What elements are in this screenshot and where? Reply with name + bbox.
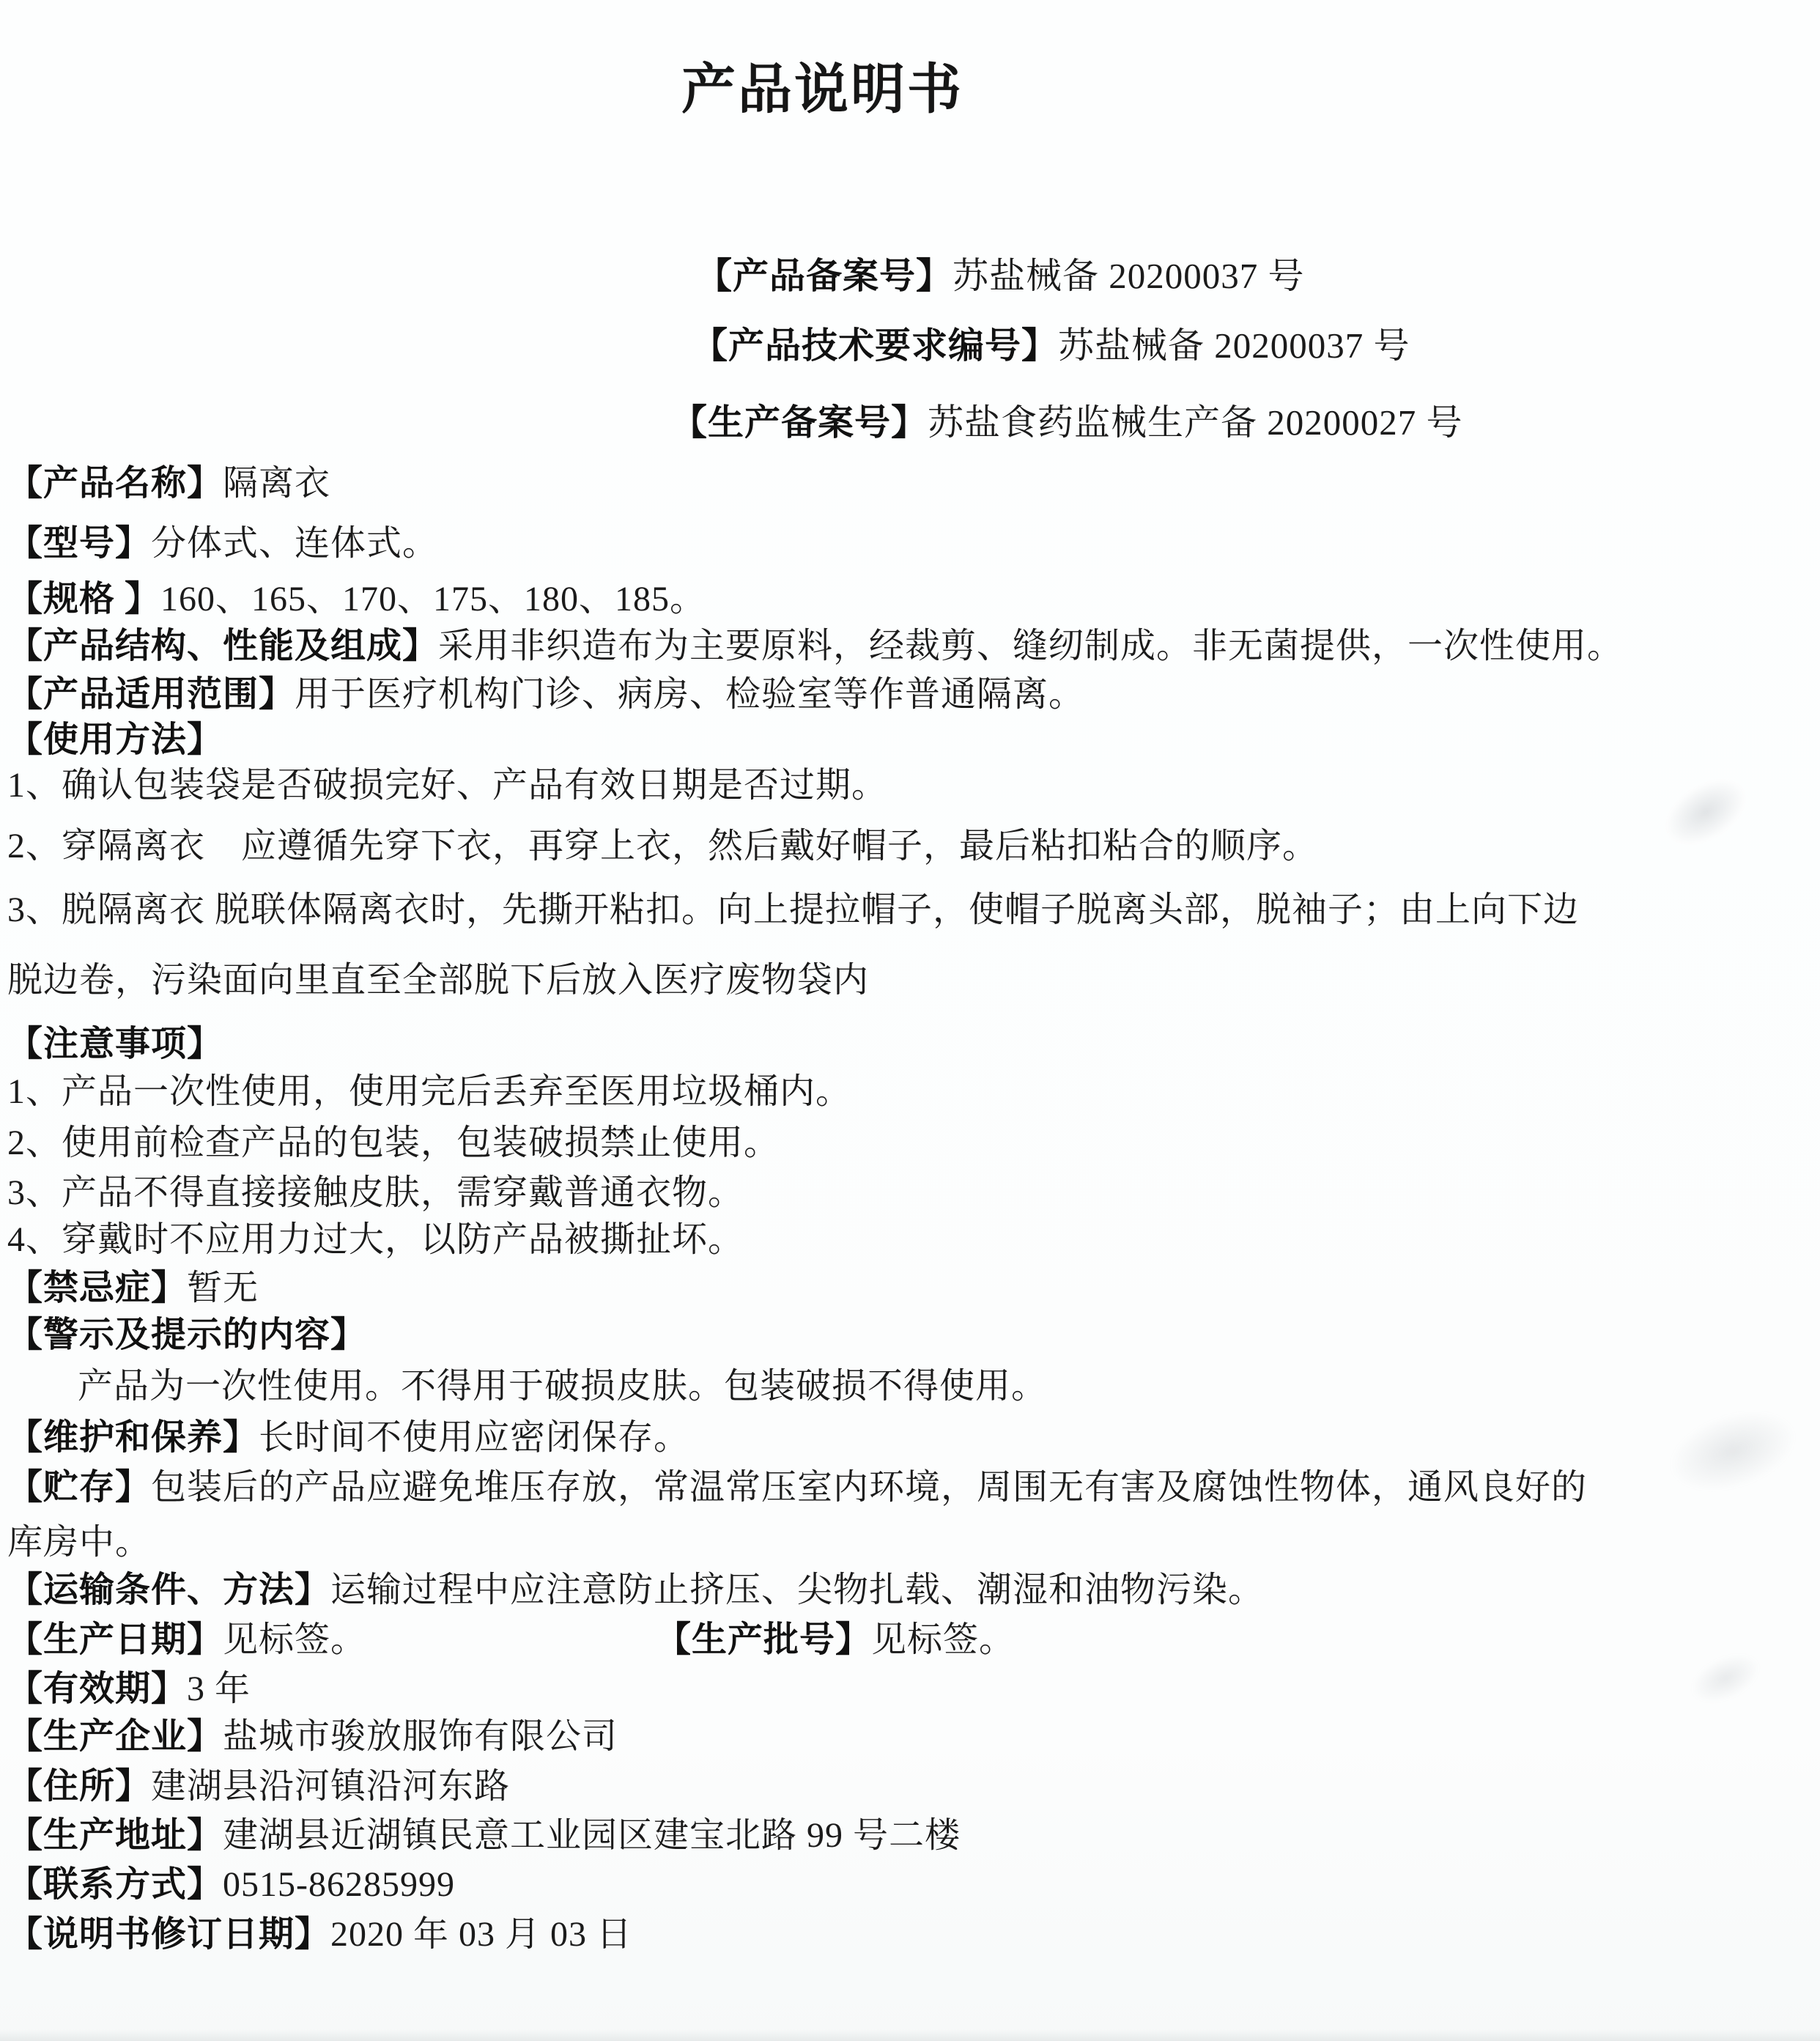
field-label: 【产品适用范围】	[7, 675, 295, 714]
document-body: 【产品名称】隔离衣 【型号】分体式、连体式。 【规格 】160、165、170、…	[7, 466, 1810, 1952]
field-label: 【产品结构、性能及组成】	[7, 627, 438, 665]
field-label: 【联系方式】	[7, 1865, 223, 1904]
field-production-address: 【生产地址】建湖县近湖镇民意工业园区建宝北路 99 号二楼	[7, 1818, 1810, 1853]
field-validity: 【有效期】3 年	[7, 1672, 1810, 1707]
field-production-date-batch: 【生产日期】见标签。【生产批号】见标签。	[7, 1623, 1810, 1658]
warning-body: 产品为一次性使用。不得用于破损皮肤。包装破损不得使用。	[7, 1369, 1810, 1404]
field-storage: 【贮存】包装后的产品应避免堆压存放，常温常压室内环境，周围无有害及腐蚀性物体，通…	[7, 1470, 1810, 1505]
usage-step-1: 1、确认包装袋是否破损完好、产品有效日期是否过期。	[7, 768, 1810, 803]
field-model: 【型号】分体式、连体式。	[7, 526, 1810, 561]
field-label: 【贮存】	[7, 1468, 151, 1507]
field-contact: 【联系方式】0515-86285999	[7, 1867, 1810, 1902]
field-product-name: 【产品名称】隔离衣	[7, 466, 1810, 501]
field-value: 见标签。	[871, 1620, 1015, 1659]
field-value: 用于医疗机构门诊、病房、检验室等作普通隔离。	[295, 675, 1084, 714]
field-label: 【说明书修订日期】	[7, 1915, 330, 1954]
field-value: 分体式、连体式。	[151, 524, 438, 563]
field-value: 运输过程中应注意防止挤压、尖物扎载、潮湿和油物污染。	[330, 1571, 1264, 1609]
field-value: 苏盐械备 20200037 号	[1058, 325, 1410, 366]
field-contraindication: 【禁忌症】暂无	[7, 1271, 1810, 1306]
field-label: 【生产企业】	[7, 1717, 223, 1756]
field-storage-continued: 库房中。	[7, 1525, 1810, 1560]
heading-warning: 【警示及提示的内容】	[7, 1318, 1810, 1353]
field-value: 盐城市骏放服饰有限公司	[223, 1717, 618, 1756]
field-revision-date: 【说明书修订日期】2020 年 03 月 03 日	[7, 1917, 1810, 1952]
field-tech-requirement-no: 【产品技术要求编号】苏盐械备 20200037 号	[0, 328, 1820, 364]
field-value: 长时间不使用应密闭保存。	[259, 1418, 689, 1457]
field-maintenance: 【维护和保养】长时间不使用应密闭保存。	[7, 1420, 1810, 1455]
field-value: 160、165、170、175、180、185。	[160, 580, 706, 619]
field-spec: 【规格 】160、165、170、175、180、185。	[7, 582, 1810, 617]
usage-step-3: 3、脱隔离衣 脱联体隔离衣时，先撕开粘扣。向上提拉帽子，使帽子脱离头部，脱袖子；…	[7, 893, 1810, 928]
field-label: 【产品技术要求编号】	[692, 325, 1058, 366]
notice-4: 4、穿戴时不应用力过大，以防产品被撕扯坏。	[7, 1222, 1810, 1258]
field-label: 【生产地址】	[7, 1816, 223, 1855]
field-value: 暂无	[187, 1269, 259, 1307]
field-value: 苏盐械备 20200037 号	[952, 256, 1305, 296]
heading-usage: 【使用方法】	[7, 723, 1810, 758]
field-production-batch: 【生产批号】见标签。	[656, 1623, 1015, 1658]
field-residence: 【住所】建湖县沿河镇沿河东路	[7, 1769, 1810, 1804]
field-value: 3 年	[187, 1669, 251, 1708]
field-label: 【禁忌症】	[7, 1269, 187, 1307]
field-label: 【住所】	[7, 1767, 151, 1806]
field-production-date: 【生产日期】见标签。	[7, 1620, 366, 1659]
field-value: 采用非织造布为主要原料，经裁剪、缝纫制成。非无菌提供，一次性使用。	[438, 627, 1623, 665]
field-product-record-no: 【产品备案号】苏盐械备 20200037 号	[0, 258, 1820, 295]
field-label: 【生产批号】	[656, 1620, 871, 1659]
field-value: 包装后的产品应避免堆压存放，常温常压室内环境，周围无有害及腐蚀性物体，通风良好的	[151, 1468, 1587, 1507]
usage-step-3-continued: 脱边卷，污染面向里直至全部脱下后放入医疗废物袋内	[7, 963, 1810, 998]
field-scope: 【产品适用范围】用于医疗机构门诊、病房、检验室等作普通隔离。	[7, 677, 1810, 712]
field-label: 【维护和保养】	[7, 1418, 259, 1457]
heading-notice: 【注意事项】	[7, 1027, 1810, 1062]
document-page: 产品说明书 【产品备案号】苏盐械备 20200037 号 【产品技术要求编号】苏…	[0, 0, 1820, 2041]
field-label: 【规格 】	[7, 580, 160, 619]
field-manufacturer: 【生产企业】盐城市骏放服饰有限公司	[7, 1719, 1810, 1754]
page-title: 产品说明书	[681, 62, 963, 119]
registration-block: 【产品备案号】苏盐械备 20200037 号 【产品技术要求编号】苏盐械备 20…	[0, 258, 1820, 441]
field-value: 0515-86285999	[223, 1865, 455, 1904]
field-value: 2020 年 03 月 03 日	[330, 1915, 632, 1954]
field-production-record-no: 【生产备案号】苏盐食药监械生产备 20200027 号	[0, 405, 1820, 441]
field-label: 【产品备案号】	[696, 256, 952, 296]
field-value: 建湖县近湖镇民意工业园区建宝北路 99 号二楼	[223, 1816, 961, 1855]
field-label: 【生产日期】	[7, 1620, 223, 1659]
notice-2: 2、使用前检查产品的包装，包装破损禁止使用。	[7, 1126, 1810, 1161]
field-structure: 【产品结构、性能及组成】采用非织造布为主要原料，经裁剪、缝纫制成。非无菌提供，一…	[7, 629, 1810, 664]
field-label: 【有效期】	[7, 1669, 187, 1708]
field-value: 见标签。	[223, 1620, 366, 1659]
field-label: 【型号】	[7, 524, 151, 563]
scan-edge-shadow	[0, 2029, 1820, 2041]
usage-step-2: 2、穿隔离衣 应遵循先穿下衣，再穿上衣，然后戴好帽子，最后粘扣粘合的顺序。	[7, 829, 1810, 864]
field-label: 【生产备案号】	[671, 402, 928, 443]
field-value: 苏盐食药监械生产备 20200027 号	[928, 402, 1463, 443]
field-label: 【产品名称】	[7, 464, 223, 503]
field-label: 【运输条件、方法】	[7, 1571, 330, 1609]
notice-3: 3、产品不得直接接触皮肤，需穿戴普通衣物。	[7, 1175, 1810, 1211]
notice-1: 1、产品一次性使用，使用完后丢弃至医用垃圾桶内。	[7, 1074, 1810, 1110]
field-value: 隔离衣	[223, 464, 330, 503]
field-value: 建湖县沿河镇沿河东路	[151, 1767, 510, 1806]
field-transport: 【运输条件、方法】运输过程中应注意防止挤压、尖物扎载、潮湿和油物污染。	[7, 1573, 1810, 1608]
